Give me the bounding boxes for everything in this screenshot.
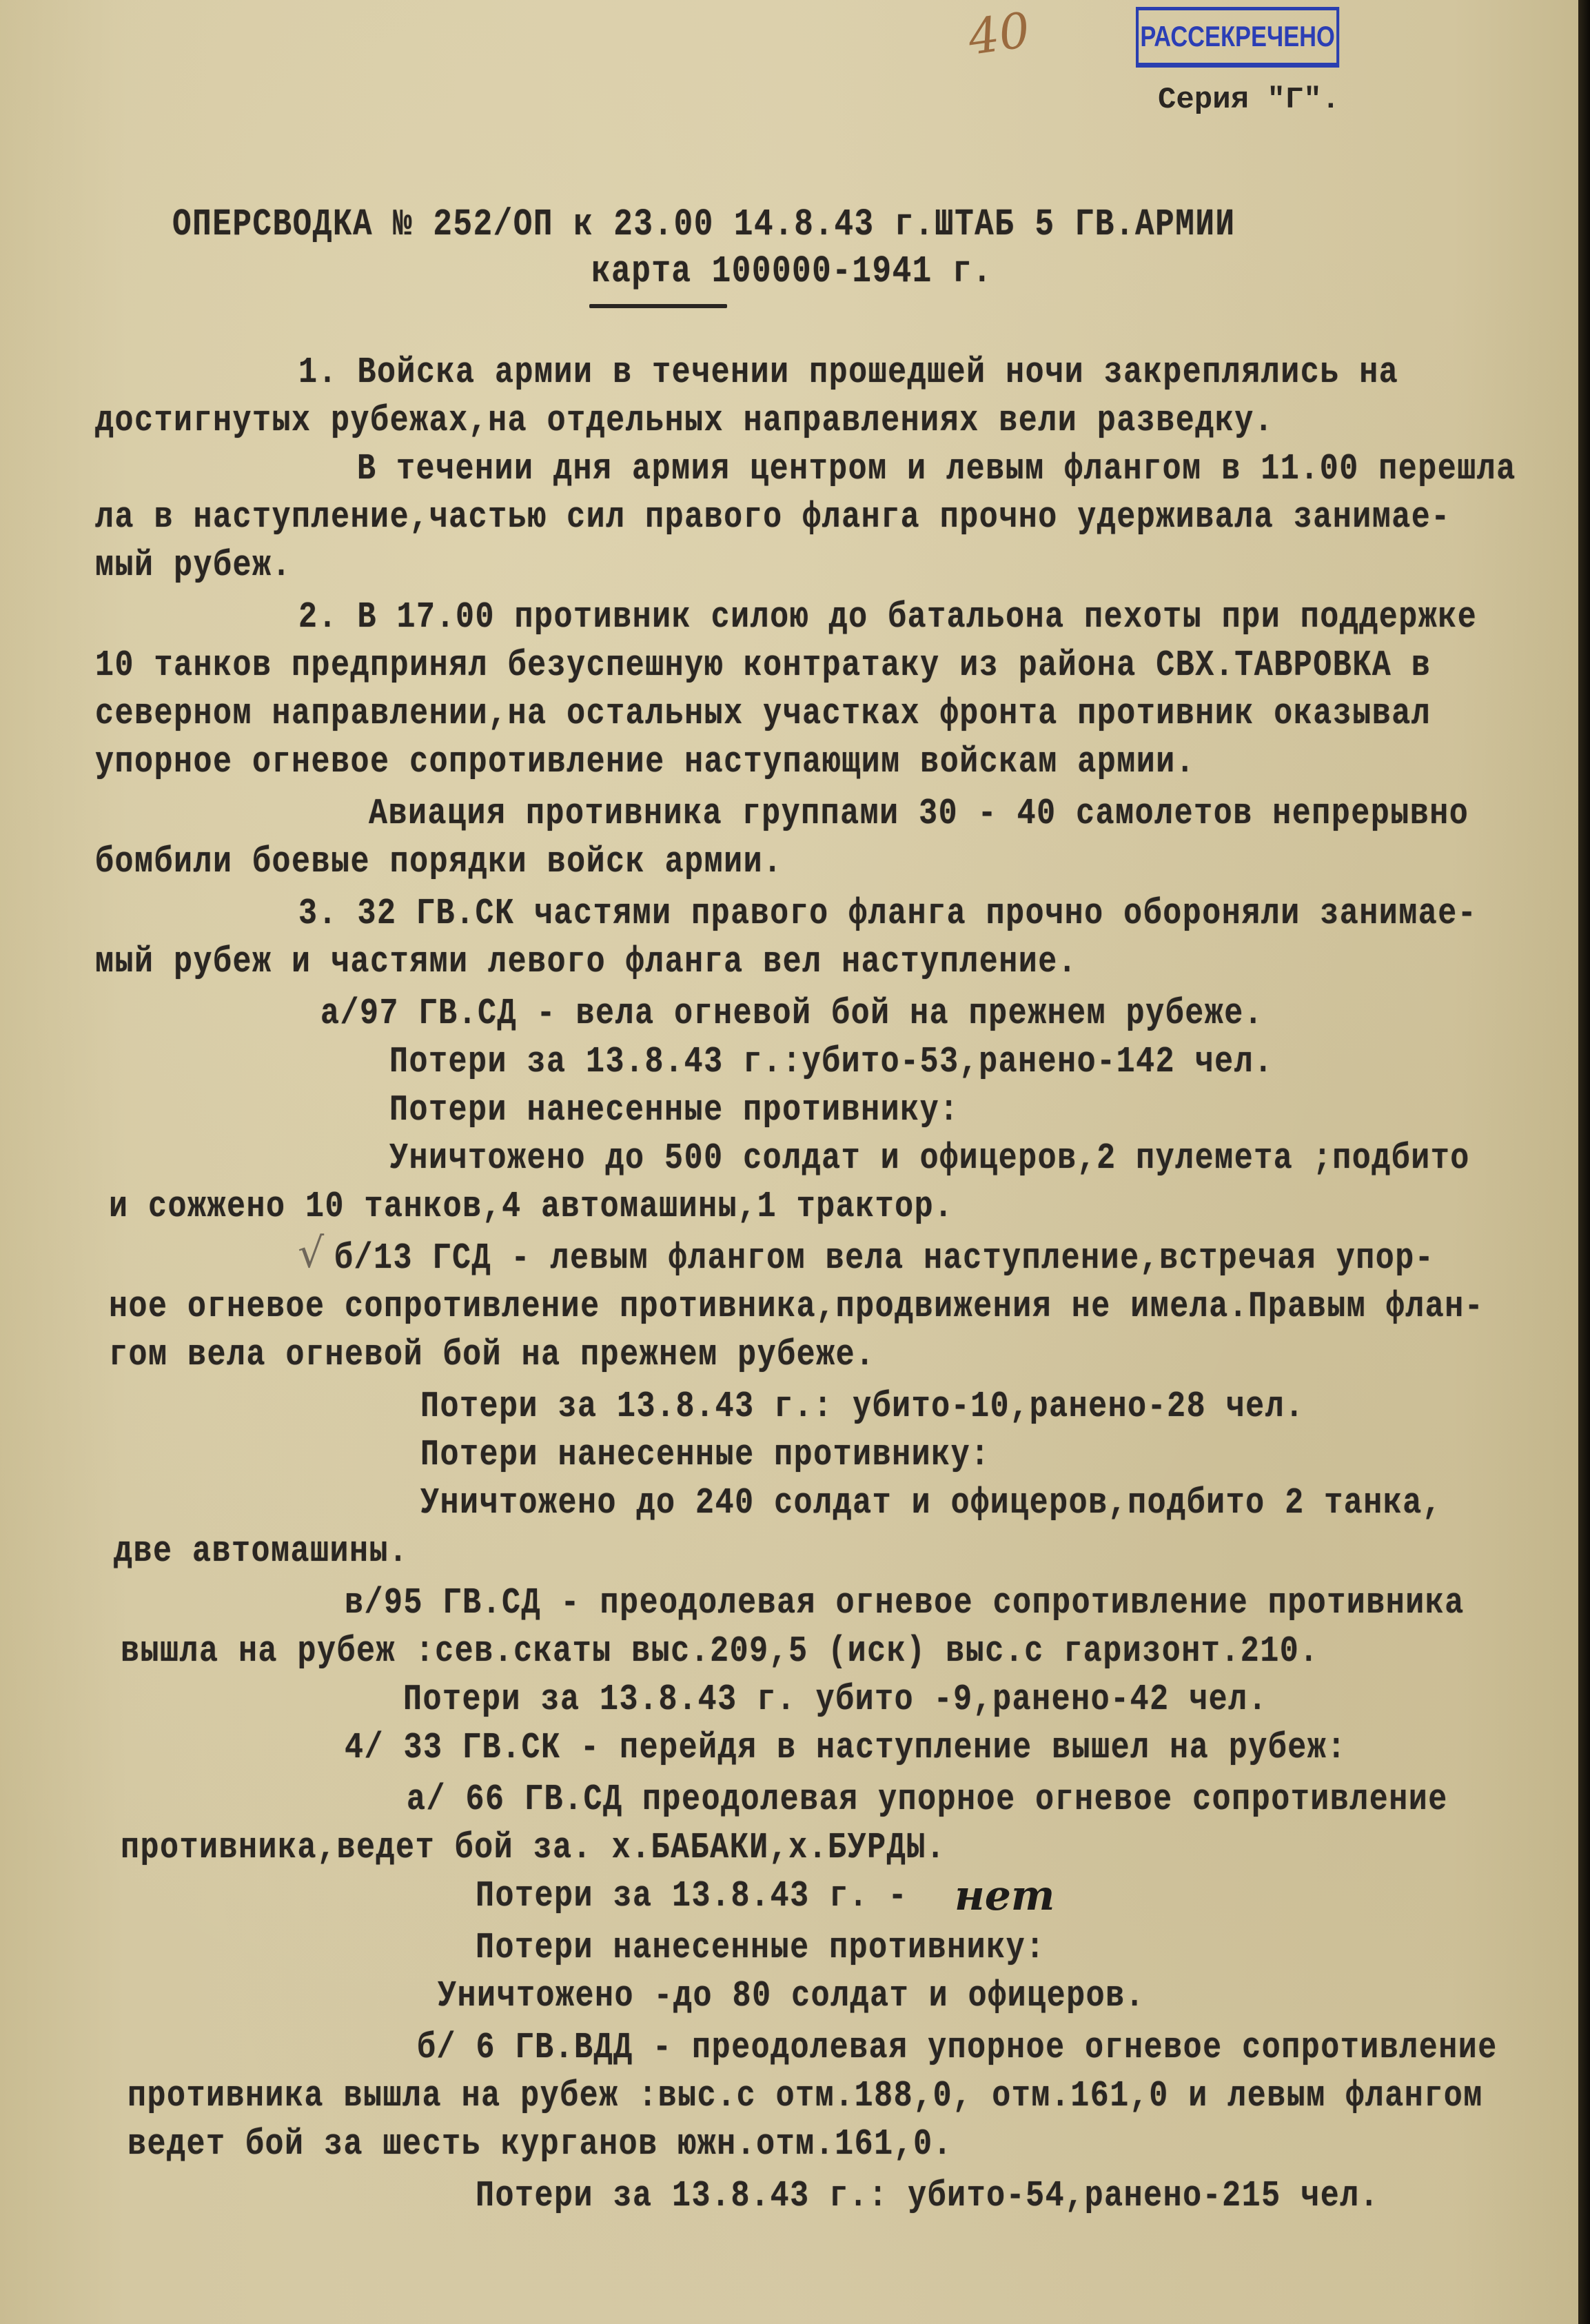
body-line: б/13 ГСД - левым флангом вела наступлени… bbox=[334, 1237, 1434, 1279]
body-line: Потери за 13.8.43 г. убито -9,ранено-42 … bbox=[403, 1679, 1267, 1720]
body-line: б/ 6 ГВ.ВДД - преодолевая упорное огнево… bbox=[417, 2027, 1498, 2068]
body-line: вышла на рубеж :сев.скаты выс.209,5 (иск… bbox=[121, 1630, 1319, 1672]
body-line: мый рубеж и частями левого фланга вел на… bbox=[95, 941, 1077, 982]
body-line: а/97 ГВ.СД - вела огневой бой на прежнем… bbox=[320, 993, 1263, 1034]
body-line: Уничтожено до 240 солдат и офицеров,подб… bbox=[420, 1482, 1442, 1524]
declassified-stamp: РАССЕКРЕЧЕНО bbox=[1136, 7, 1339, 68]
body-line: 10 танков предпринял безуспешную контрат… bbox=[95, 645, 1431, 686]
body-line: Потери нанесенные противнику: bbox=[476, 1927, 1046, 1968]
handwritten-page-number: 40 bbox=[965, 1, 1034, 66]
body-line: мый рубеж. bbox=[95, 545, 292, 586]
body-line: северном направлении,на остальных участк… bbox=[95, 693, 1431, 734]
body-line: Потери нанесенные противнику: bbox=[389, 1089, 959, 1131]
body-line: Потери за 13.8.43 г.: убито-54,ранено-21… bbox=[476, 2175, 1379, 2216]
body-line: В течении дня армия центром и левым флан… bbox=[357, 448, 1516, 489]
body-line: Потери за 13.8.43 г. - bbox=[476, 1875, 908, 1917]
body-line: противника вышла на рубеж :выс.с отм.188… bbox=[128, 2075, 1483, 2116]
body-line: ное огневое сопротивление противника,про… bbox=[109, 1286, 1484, 1327]
body-line: противника,ведет бой за. х.БАБАКИ,х.БУРД… bbox=[121, 1827, 946, 1868]
page-edge-shadow bbox=[1578, 0, 1590, 2324]
body-line: две автомашины. bbox=[114, 1530, 409, 1572]
body-line: достигнутых рубежах,на отдельных направл… bbox=[95, 400, 1274, 441]
body-line: гом вела огневой бой на прежнем рубеже. bbox=[109, 1334, 875, 1375]
body-line: ведет бой за шесть курганов южн.отм.161,… bbox=[128, 2123, 952, 2165]
body-line: Потери нанесенные противнику: bbox=[420, 1434, 990, 1475]
document-subtitle-map: карта 100000-1941 г. bbox=[591, 250, 992, 292]
body-line: 3. 32 ГВ.СК частями правого фланга прочн… bbox=[298, 893, 1477, 934]
body-line: Потери за 13.8.43 г.:убито-53,ранено-142… bbox=[389, 1041, 1274, 1082]
body-line: а/ 66 ГВ.СД преодолевая упорное огневое … bbox=[407, 1779, 1448, 1820]
body-line: упорное огневое сопротивление наступающи… bbox=[95, 741, 1195, 782]
body-line: Уничтожено -до 80 солдат и офицеров. bbox=[438, 1975, 1145, 2017]
body-line: бомбили боевые порядки войск армии. bbox=[95, 841, 783, 882]
body-line: Потери за 13.8.43 г.: убито-10,ранено-28… bbox=[420, 1386, 1305, 1427]
handwritten-net-annotation: нет bbox=[955, 1872, 1054, 1920]
body-line: ла в наступление,частью сил правого флан… bbox=[95, 496, 1451, 538]
title-underline bbox=[589, 304, 727, 308]
body-line: в/95 ГВ.СД - преодолевая огневое сопроти… bbox=[345, 1582, 1465, 1624]
series-label: Серия "Г". bbox=[1158, 83, 1340, 117]
body-line: Авиация противника группами 30 - 40 само… bbox=[369, 793, 1469, 834]
document-title: ОПЕРСВОДКА № 252/ОП к 23.00 14.8.43 г.ШТ… bbox=[172, 203, 1236, 245]
body-line: 4/ 33 ГВ.СК - перейдя в наступление выше… bbox=[345, 1727, 1347, 1768]
body-line: 1. Войска армии в течении прошедшей ночи… bbox=[298, 352, 1398, 393]
body-line: 2. В 17.00 противник силою до батальона … bbox=[298, 596, 1477, 638]
body-line: и сожжено 10 танков,4 автомашины,1 тракт… bbox=[109, 1186, 954, 1227]
checkmark-annotation: √ bbox=[298, 1229, 324, 1277]
body-line: Уничтожено до 500 солдат и офицеров,2 пу… bbox=[389, 1138, 1470, 1179]
